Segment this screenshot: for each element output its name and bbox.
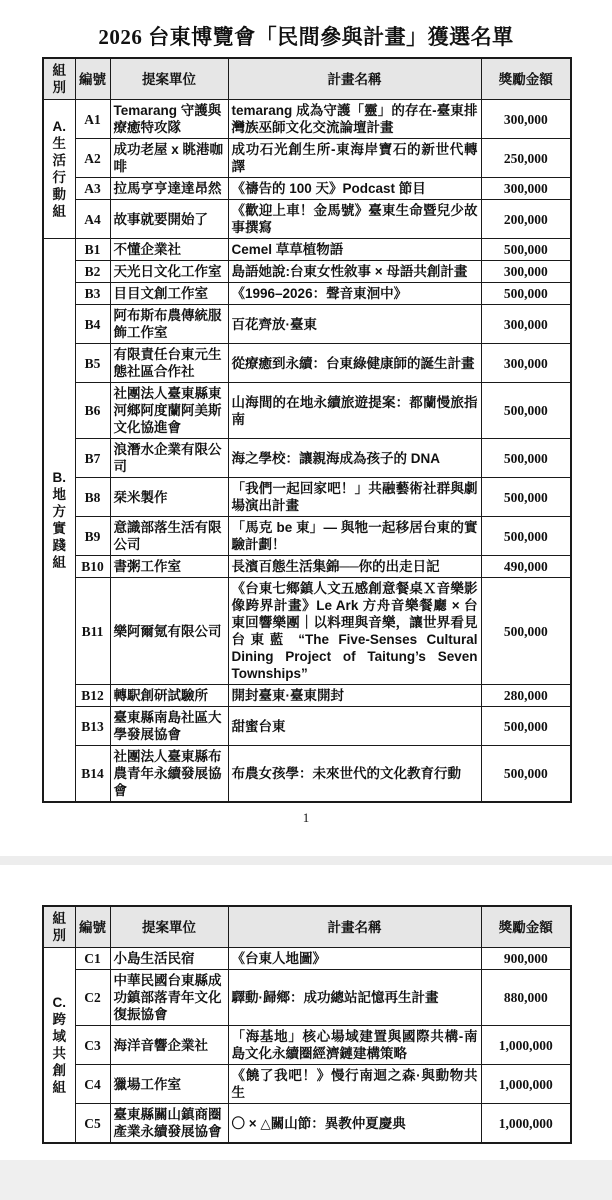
plan-cell: 《歡迎上車！金馬號》臺東生命暨兒少故事撰寫 xyxy=(228,200,481,239)
table-row: B9意識部落生活有限公司「馬克 be 東」— 與牠一起移居台東的實驗計劃！500… xyxy=(43,517,571,556)
table-row: B3目目文創工作室《1996–2026：聲音東洄中》500,000 xyxy=(43,283,571,305)
id-cell: B1 xyxy=(75,239,110,261)
awards-table-page-2: 組別編號提案單位計畫名稱獎勵金額C. 跨域 共創 組C1小島生活民宿《台東人地圖… xyxy=(42,905,572,1144)
org-cell: 社團法人臺東縣東河鄉阿度蘭阿美斯文化協進會 xyxy=(110,383,228,439)
plan-cell: 山海間的在地永續旅遊提案：都蘭慢旅指南 xyxy=(228,383,481,439)
org-cell: 臺東縣關山鎮商圈產業永續發展協會 xyxy=(110,1104,228,1144)
id-cell: C2 xyxy=(75,970,110,1026)
table-row: A. 生活 行動 組A1Temarang 守護與療癒特攻隊temarang 成為… xyxy=(43,100,571,139)
org-cell: 有限責任台東元生態社區合作社 xyxy=(110,344,228,383)
amount-cell: 900,000 xyxy=(481,948,571,970)
header-row: 組別編號提案單位計畫名稱獎勵金額 xyxy=(43,906,571,948)
amount-cell: 1,000,000 xyxy=(481,1065,571,1104)
id-cell: A4 xyxy=(75,200,110,239)
table-row: C. 跨域 共創 組C1小島生活民宿《台東人地圖》900,000 xyxy=(43,948,571,970)
plan-cell: 海之學校：讓親海成為孩子的 DNA xyxy=(228,439,481,478)
table-row: B2天光日文化工作室島語她說:台東女性敘事 × 母語共創計畫300,000 xyxy=(43,261,571,283)
table-row: C3海洋音響企業社「海基地」核心場域建置與國際共構-南島文化永續圈經濟鏈建構策略… xyxy=(43,1026,571,1065)
org-cell: 臺東縣南島社區大學發展協會 xyxy=(110,707,228,746)
plan-cell: 百花齊放·臺東 xyxy=(228,305,481,344)
table-row: A3拉馬亨亨達達昂然《禱告的 100 天》Podcast 節目300,000 xyxy=(43,178,571,200)
amount-cell: 300,000 xyxy=(481,100,571,139)
plan-cell: 開封臺東·臺東開封 xyxy=(228,685,481,707)
table-row: C5臺東縣關山鎮商圈產業永續發展協會〇 × △關山節：異教仲夏慶典1,000,0… xyxy=(43,1104,571,1144)
id-cell: B12 xyxy=(75,685,110,707)
plan-cell: 《1996–2026：聲音東洄中》 xyxy=(228,283,481,305)
id-cell: B13 xyxy=(75,707,110,746)
amount-cell: 490,000 xyxy=(481,556,571,578)
column-header: 組別 xyxy=(43,906,75,948)
plan-cell: 島語她說:台東女性敘事 × 母語共創計畫 xyxy=(228,261,481,283)
org-cell: 轉駅創研試驗所 xyxy=(110,685,228,707)
amount-cell: 500,000 xyxy=(481,707,571,746)
plan-cell: 布農女孩學：未來世代的文化教育行動 xyxy=(228,746,481,803)
id-cell: C4 xyxy=(75,1065,110,1104)
table-row: B6社團法人臺東縣東河鄉阿度蘭阿美斯文化協進會山海間的在地永續旅遊提案：都蘭慢旅… xyxy=(43,383,571,439)
id-cell: B8 xyxy=(75,478,110,517)
table-row: B4阿布斯布農傳統服飾工作室百花齊放·臺東300,000 xyxy=(43,305,571,344)
org-cell: 意識部落生活有限公司 xyxy=(110,517,228,556)
org-cell: 書粥工作室 xyxy=(110,556,228,578)
org-cell: 社團法人臺東縣布農青年永續發展協會 xyxy=(110,746,228,803)
id-cell: B5 xyxy=(75,344,110,383)
amount-cell: 300,000 xyxy=(481,305,571,344)
amount-cell: 300,000 xyxy=(481,261,571,283)
id-cell: B14 xyxy=(75,746,110,803)
page-title: 2026 台東博覽會「民間參與計畫」獲選名單 xyxy=(0,24,612,50)
plan-cell: 從療癒到永續：台東綠健康師的誕生計畫 xyxy=(228,344,481,383)
amount-cell: 300,000 xyxy=(481,178,571,200)
plan-cell: 成功石光創生所-東海岸寶石的新世代轉譯 xyxy=(228,139,481,178)
page-break-gap xyxy=(0,856,612,865)
table-row: B11樂阿爾氪有限公司《台東七鄉鎮人文五感創意餐桌Ｘ音樂影像跨界計畫》Le Ar… xyxy=(43,578,571,685)
org-cell: 成功老屋 x 眺港咖啡 xyxy=(110,139,228,178)
plan-cell: 長濱百態生活集錦──你的出走日記 xyxy=(228,556,481,578)
amount-cell: 250,000 xyxy=(481,139,571,178)
amount-cell: 1,000,000 xyxy=(481,1104,571,1144)
amount-cell: 500,000 xyxy=(481,578,571,685)
group-label: C. 跨域 共創 組 xyxy=(43,948,75,1144)
plan-cell: 「我們一起回家吧！」共融藝術社群與劇場演出計畫 xyxy=(228,478,481,517)
table-row: C2中華民國台東縣成功鎮部落青年文化復振協會驛動·歸鄉：成功總站記憶再生計畫88… xyxy=(43,970,571,1026)
id-cell: B10 xyxy=(75,556,110,578)
column-header: 編號 xyxy=(75,58,110,100)
plan-cell: 「海基地」核心場域建置與國際共構-南島文化永續圈經濟鏈建構策略 xyxy=(228,1026,481,1065)
plan-cell: 《饒了我吧！》慢行南迴之森·與動物共生 xyxy=(228,1065,481,1104)
id-cell: C5 xyxy=(75,1104,110,1144)
org-cell: 獵場工作室 xyxy=(110,1065,228,1104)
org-cell: 不懂企業社 xyxy=(110,239,228,261)
org-cell: 拉馬亨亨達達昂然 xyxy=(110,178,228,200)
id-cell: C3 xyxy=(75,1026,110,1065)
plan-cell: 《台東人地圖》 xyxy=(228,948,481,970)
table-row: B5有限責任台東元生態社區合作社從療癒到永續：台東綠健康師的誕生計畫300,00… xyxy=(43,344,571,383)
amount-cell: 500,000 xyxy=(481,439,571,478)
plan-cell: 《禱告的 100 天》Podcast 節目 xyxy=(228,178,481,200)
org-cell: 小島生活民宿 xyxy=(110,948,228,970)
plan-cell: 《台東七鄉鎮人文五感創意餐桌Ｘ音樂影像跨界計畫》Le Ark 方舟音樂餐廳 × … xyxy=(228,578,481,685)
org-cell: 中華民國台東縣成功鎮部落青年文化復振協會 xyxy=(110,970,228,1026)
plan-cell: 〇 × △關山節：異教仲夏慶典 xyxy=(228,1104,481,1144)
awards-table-page-1: 組別編號提案單位計畫名稱獎勵金額A. 生活 行動 組A1Temarang 守護與… xyxy=(42,57,572,803)
table-row: C4獵場工作室《饒了我吧！》慢行南迴之森·與動物共生1,000,000 xyxy=(43,1065,571,1104)
column-header: 計畫名稱 xyxy=(228,58,481,100)
table-row: B8栞米製作「我們一起回家吧！」共融藝術社群與劇場演出計畫500,000 xyxy=(43,478,571,517)
group-label: B. 地方 實踐 組 xyxy=(43,239,75,803)
amount-cell: 500,000 xyxy=(481,478,571,517)
amount-cell: 500,000 xyxy=(481,517,571,556)
org-cell: 栞米製作 xyxy=(110,478,228,517)
amount-cell: 500,000 xyxy=(481,746,571,803)
header-row: 組別編號提案單位計畫名稱獎勵金額 xyxy=(43,58,571,100)
plan-cell: 驛動·歸鄉：成功總站記憶再生計畫 xyxy=(228,970,481,1026)
table-row: B12轉駅創研試驗所開封臺東·臺東開封280,000 xyxy=(43,685,571,707)
org-cell: 樂阿爾氪有限公司 xyxy=(110,578,228,685)
org-cell: 故事就要開始了 xyxy=(110,200,228,239)
id-cell: B3 xyxy=(75,283,110,305)
table-row: A2成功老屋 x 眺港咖啡成功石光創生所-東海岸寶石的新世代轉譯250,000 xyxy=(43,139,571,178)
id-cell: B9 xyxy=(75,517,110,556)
table-row: B14社團法人臺東縣布農青年永續發展協會布農女孩學：未來世代的文化教育行動500… xyxy=(43,746,571,803)
amount-cell: 500,000 xyxy=(481,383,571,439)
plan-cell: temarang 成為守護「靈」的存在-臺東排灣族巫師文化交流論壇計畫 xyxy=(228,100,481,139)
amount-cell: 500,000 xyxy=(481,283,571,305)
id-cell: B7 xyxy=(75,439,110,478)
amount-cell: 500,000 xyxy=(481,239,571,261)
column-header: 計畫名稱 xyxy=(228,906,481,948)
table-row: A4故事就要開始了《歡迎上車！金馬號》臺東生命暨兒少故事撰寫200,000 xyxy=(43,200,571,239)
id-cell: C1 xyxy=(75,948,110,970)
org-cell: 天光日文化工作室 xyxy=(110,261,228,283)
column-header: 編號 xyxy=(75,906,110,948)
plan-cell: 「馬克 be 東」— 與牠一起移居台東的實驗計劃！ xyxy=(228,517,481,556)
id-cell: A3 xyxy=(75,178,110,200)
org-cell: 阿布斯布農傳統服飾工作室 xyxy=(110,305,228,344)
table-row: B. 地方 實踐 組B1不懂企業社Cemel 草草植物語500,000 xyxy=(43,239,571,261)
id-cell: A2 xyxy=(75,139,110,178)
org-cell: 海洋音響企業社 xyxy=(110,1026,228,1065)
page-number: 1 xyxy=(0,810,612,826)
id-cell: B6 xyxy=(75,383,110,439)
plan-cell: 甜蜜台東 xyxy=(228,707,481,746)
amount-cell: 880,000 xyxy=(481,970,571,1026)
column-header: 獎勵金額 xyxy=(481,906,571,948)
amount-cell: 200,000 xyxy=(481,200,571,239)
amount-cell: 280,000 xyxy=(481,685,571,707)
amount-cell: 1,000,000 xyxy=(481,1026,571,1065)
amount-cell: 300,000 xyxy=(481,344,571,383)
column-header: 獎勵金額 xyxy=(481,58,571,100)
column-header: 提案單位 xyxy=(110,58,228,100)
id-cell: B4 xyxy=(75,305,110,344)
table-row: B13臺東縣南島社區大學發展協會甜蜜台東500,000 xyxy=(43,707,571,746)
org-cell: 目目文創工作室 xyxy=(110,283,228,305)
column-header: 提案單位 xyxy=(110,906,228,948)
table-row: B10書粥工作室長濱百態生活集錦──你的出走日記490,000 xyxy=(43,556,571,578)
group-label: A. 生活 行動 組 xyxy=(43,100,75,239)
id-cell: A1 xyxy=(75,100,110,139)
org-cell: Temarang 守護與療癒特攻隊 xyxy=(110,100,228,139)
table-row: B7浪潛水企業有限公司海之學校：讓親海成為孩子的 DNA500,000 xyxy=(43,439,571,478)
plan-cell: Cemel 草草植物語 xyxy=(228,239,481,261)
id-cell: B11 xyxy=(75,578,110,685)
id-cell: B2 xyxy=(75,261,110,283)
org-cell: 浪潛水企業有限公司 xyxy=(110,439,228,478)
viewport-bottom-gap xyxy=(0,1160,612,1200)
column-header: 組別 xyxy=(43,58,75,100)
